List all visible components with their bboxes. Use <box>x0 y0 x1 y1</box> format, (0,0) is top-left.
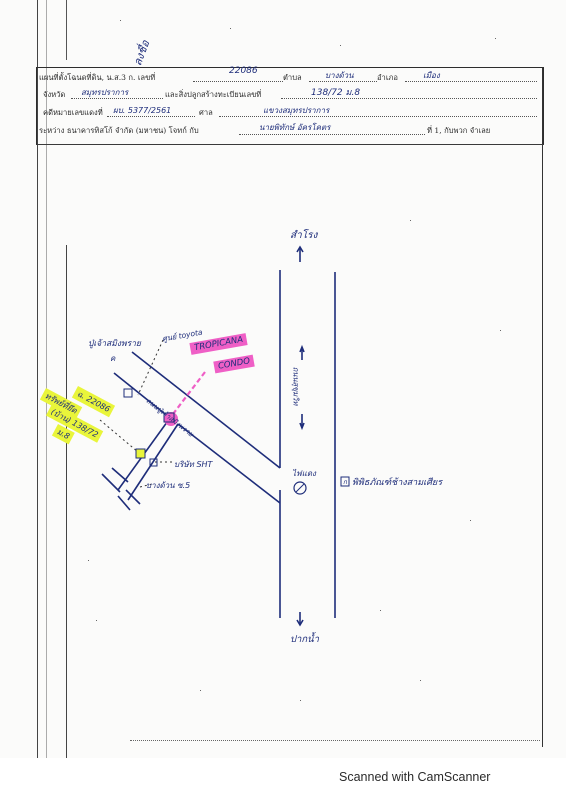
south-direction-label: ปากน้ำ <box>290 632 319 647</box>
traffic-light-label: ไฟแดง <box>292 467 316 480</box>
location-map-drawing <box>0 0 566 758</box>
footer-bar: Scanned with CamScanner <box>0 758 566 800</box>
museum-marker: ก <box>343 477 347 487</box>
museum-label: พิพิธภัณฑ์ช้างสามเศียร <box>352 475 442 489</box>
scanned-page: ลงชื่อ แผนที่ตั้งโฉนดที่ดิน, น.ส.3 ก. เล… <box>0 0 566 758</box>
shrine-label: ปู่เจ้าสมิงพราย <box>88 336 141 350</box>
main-road-label: ถนนสุขุมวิท <box>289 367 301 406</box>
marker-k: ค <box>110 352 115 365</box>
soi-label: บางด้วน ซ.5 <box>146 479 190 492</box>
sht-company-label: บริษัท SHT <box>174 458 212 471</box>
north-direction-label: สำโรง <box>290 228 317 243</box>
camscanner-watermark: Scanned with CamScanner <box>339 770 490 784</box>
